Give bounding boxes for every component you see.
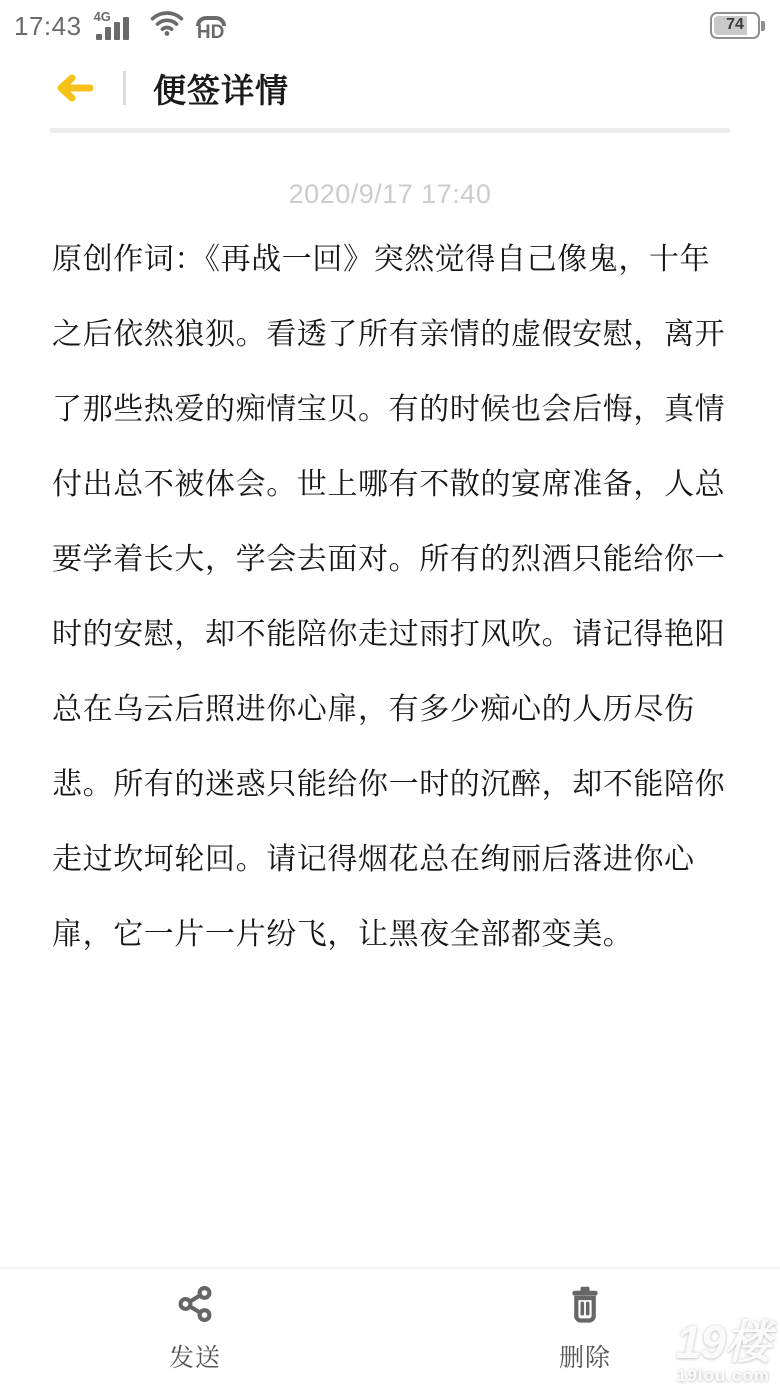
delete-label: 删除	[559, 1338, 611, 1374]
trash-icon	[567, 1284, 603, 1324]
cellular-signal-icon: 4G	[94, 12, 138, 42]
battery-icon: 74	[710, 12, 760, 39]
delete-button[interactable]: 删除	[390, 1269, 780, 1386]
header-divider-vertical	[123, 71, 126, 105]
battery-nub	[761, 21, 765, 31]
header-divider-line	[50, 128, 730, 133]
signal-bars-icon	[96, 17, 129, 40]
header: 便签详情	[0, 52, 780, 124]
page-title: 便签详情	[153, 65, 289, 112]
note-timestamp: 2020/9/17 17:40	[0, 179, 780, 210]
send-label: 发送	[169, 1338, 221, 1374]
share-icon	[176, 1284, 214, 1324]
note-body-text: 原创作词：《再战一回》突然觉得自己像鬼，十年 之后依然狼狈。看透了所有亲情的虚假…	[0, 222, 780, 972]
note-detail-screen: 17:43 4G HD 74	[0, 0, 780, 1386]
wifi-icon	[150, 9, 184, 41]
battery-percent: 74	[712, 14, 758, 37]
status-bar-left: 17:43 4G HD	[14, 9, 226, 42]
status-bar: 17:43 4G HD 74	[0, 0, 780, 44]
send-button[interactable]: 发送	[0, 1269, 390, 1386]
bottom-action-bar: 发送 删除	[0, 1267, 780, 1386]
clock-time: 17:43	[14, 11, 82, 42]
volte-hd-icon: HD	[196, 16, 226, 42]
back-arrow-icon	[53, 71, 95, 105]
back-button[interactable]	[53, 71, 95, 105]
